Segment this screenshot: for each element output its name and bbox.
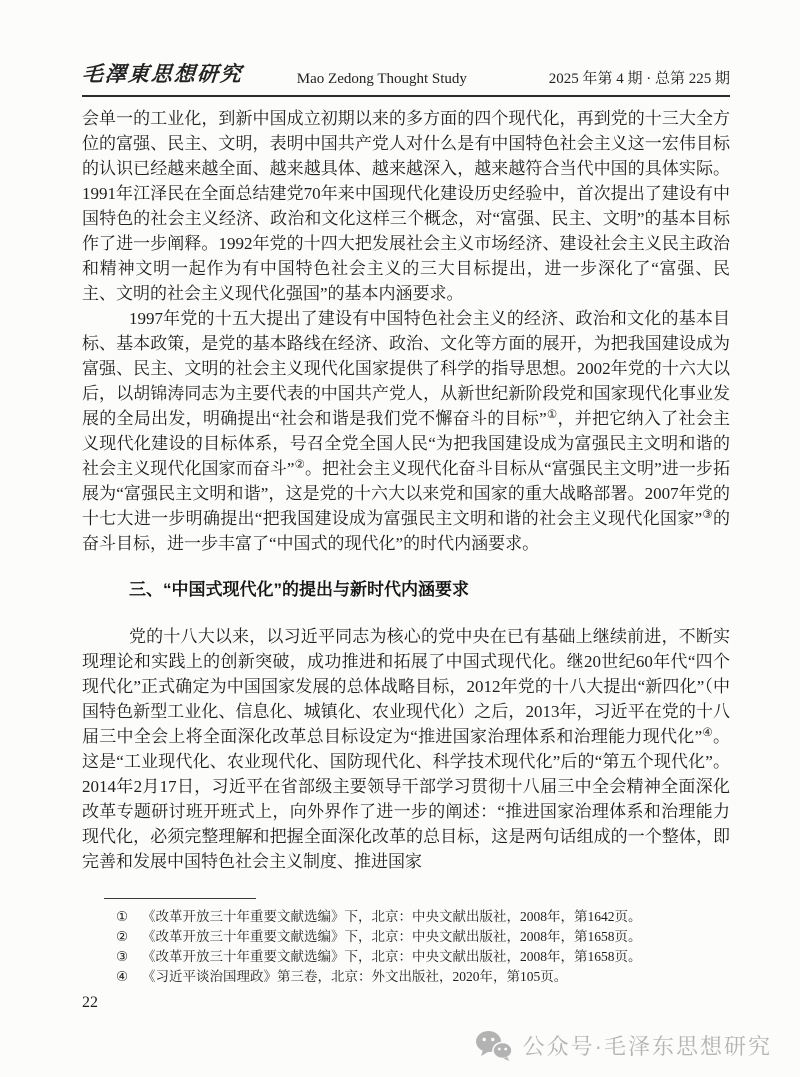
paragraph-group-top: 会单一的工业化，到新中国成立初期以来的多方面的四个现代化，再到党的十三大全方位的… <box>82 106 730 556</box>
issue-info: 2025 年第 4 期 · 总第 225 期 <box>549 67 730 88</box>
footnote-marker: ② <box>116 927 128 947</box>
paragraph: 1997年党的十五大提出了建设有中国特色社会主义的经济、政治和文化的基本目标、基… <box>82 306 730 556</box>
journal-english-title: Mao Zedong Thought Study <box>297 71 467 88</box>
footnote-text: 《改革开放三十年重要文献选编》下，北京：中央文献出版社，2008年，第1642页… <box>142 909 642 924</box>
paragraph: 党的十八大以来，以习近平同志为核心的党中央在已有基础上继续前进，不断实现理论和实… <box>82 624 730 874</box>
footnote-text: 《改革开放三十年重要文献选编》下，北京：中央文献出版社，2008年，第1658页… <box>142 949 642 964</box>
footnote-item: ③《改革开放三十年重要文献选编》下，北京：中央文献出版社，2008年，第1658… <box>82 947 730 967</box>
watermark-text: 公众号·毛泽东思想研究 <box>523 1030 772 1061</box>
section-heading: 三、“中国式现代化”的提出与新时代内涵要求 <box>82 577 730 603</box>
paragraph-group-bottom: 党的十八大以来，以习近平同志为核心的党中央在已有基础上继续前进，不断实现理论和实… <box>82 624 730 874</box>
page-number: 22 <box>82 994 730 1012</box>
footnote-ref: ③ <box>702 509 713 521</box>
footnote-ref: ① <box>547 409 558 421</box>
footnote-item: ②《改革开放三十年重要文献选编》下，北京：中央文献出版社，2008年，第1658… <box>82 927 730 947</box>
article-body: 会单一的工业化，到新中国成立初期以来的多方面的四个现代化，再到党的十三大全方位的… <box>82 106 730 898</box>
watermark: 公众号·毛泽东思想研究 <box>475 1030 772 1061</box>
footnotes-list: ①《改革开放三十年重要文献选编》下，北京：中央文献出版社，2008年，第1642… <box>82 907 730 987</box>
journal-page: 毛澤東思想研究 Mao Zedong Thought Study 2025 年第… <box>0 0 800 1077</box>
footnote-marker: ④ <box>116 967 128 987</box>
footnote-marker: ③ <box>116 947 128 967</box>
page-header: 毛澤東思想研究 Mao Zedong Thought Study 2025 年第… <box>82 58 730 97</box>
paragraph: 会单一的工业化，到新中国成立初期以来的多方面的四个现代化，再到党的十三大全方位的… <box>82 106 730 306</box>
footnote-ref: ② <box>294 459 304 471</box>
journal-logo: 毛澤東思想研究 <box>81 58 244 88</box>
footnote-separator <box>104 898 256 899</box>
footnote-item: ④《习近平谈治国理政》第三卷，北京：外文出版社，2020年，第105页。 <box>82 967 730 987</box>
footnote-marker: ① <box>116 907 128 927</box>
footnote-text: 《习近平谈治国理政》第三卷，北京：外文出版社，2020年，第105页。 <box>142 969 567 984</box>
wechat-icon <box>475 1030 513 1061</box>
footnote-item: ①《改革开放三十年重要文献选编》下，北京：中央文献出版社，2008年，第1642… <box>82 907 730 927</box>
footnote-ref: ④ <box>702 727 713 739</box>
page-footer: ①《改革开放三十年重要文献选编》下，北京：中央文献出版社，2008年，第1642… <box>82 898 730 1012</box>
footnote-text: 《改革开放三十年重要文献选编》下，北京：中央文献出版社，2008年，第1658页… <box>142 929 642 944</box>
